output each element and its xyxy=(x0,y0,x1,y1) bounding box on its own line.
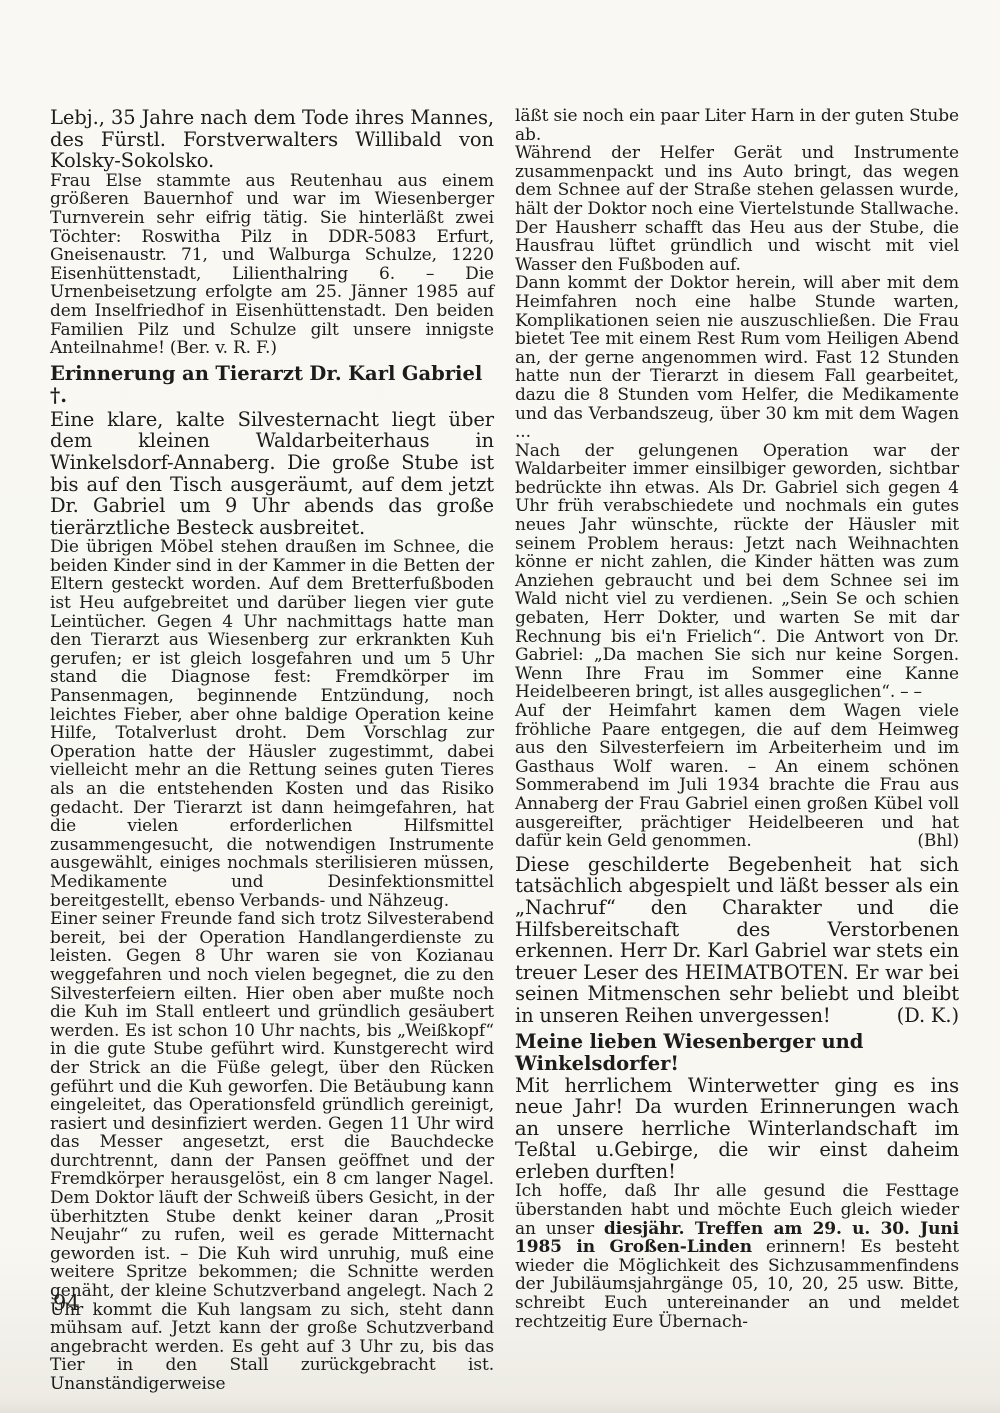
two-column-text-block: Lebj., 35 Jahre nach dem Tode ihres Mann… xyxy=(50,107,959,1394)
memorial-body-paragraph-2: Einer seiner Freunde fand sich trotz Sil… xyxy=(50,910,494,1393)
closing-tribute-text: Diese geschilderte Begebenheit hat sich … xyxy=(515,853,959,1027)
doctor-return-paragraph: Dann kommt der Doktor herein, will aber … xyxy=(515,274,959,441)
continuation-paragraph: läßt sie noch ein paar Liter Harn in der… xyxy=(515,107,959,144)
letter-lead-paragraph: Mit herrlichem Winterwetter ging es ins … xyxy=(515,1075,959,1183)
memorial-heading: Erinnerung an Tierarzt Dr. Karl Gabriel … xyxy=(50,363,494,407)
right-column: läßt sie noch ein paar Liter Harn in der… xyxy=(515,107,959,1394)
helper-paragraph: Während der Helfer Gerät und Instrumente… xyxy=(515,144,959,274)
obituary-lead-paragraph: Lebj., 35 Jahre nach dem Tode ihres Mann… xyxy=(50,107,494,172)
page-number: 94 xyxy=(53,1291,80,1315)
letter-body-paragraph: Ich hoffe, daß Ihr alle gesund die Festt… xyxy=(515,1182,959,1331)
dk-signature: (D. K.) xyxy=(897,1005,959,1027)
homeward-paragraph-text: Auf der Heimfahrt kamen dem Wagen viele … xyxy=(515,701,959,851)
closing-tribute-paragraph: Diese geschilderte Begebenheit hat sich … xyxy=(515,854,959,1027)
letter-heading: Meine lieben Wiesenberger und Winkelsdor… xyxy=(515,1031,959,1075)
memorial-body-paragraph-1: Die übrigen Möbel stehen draußen im Schn… xyxy=(50,538,494,910)
left-column: Lebj., 35 Jahre nach dem Tode ihres Mann… xyxy=(50,107,494,1394)
memorial-lead-paragraph: Eine klare, kalte Silvesternacht liegt ü… xyxy=(50,409,494,539)
scanned-newsletter-page: Lebj., 35 Jahre nach dem Tode ihres Mann… xyxy=(0,0,1000,1413)
bhl-signature: (Bhl) xyxy=(917,832,959,851)
homeward-paragraph: Auf der Heimfahrt kamen dem Wagen viele … xyxy=(515,702,959,851)
obituary-body-paragraph: Frau Else stammte aus Reutenhau aus eine… xyxy=(50,172,494,358)
operation-aftermath-paragraph: Nach der gelungenen Operation war der Wa… xyxy=(515,442,959,702)
